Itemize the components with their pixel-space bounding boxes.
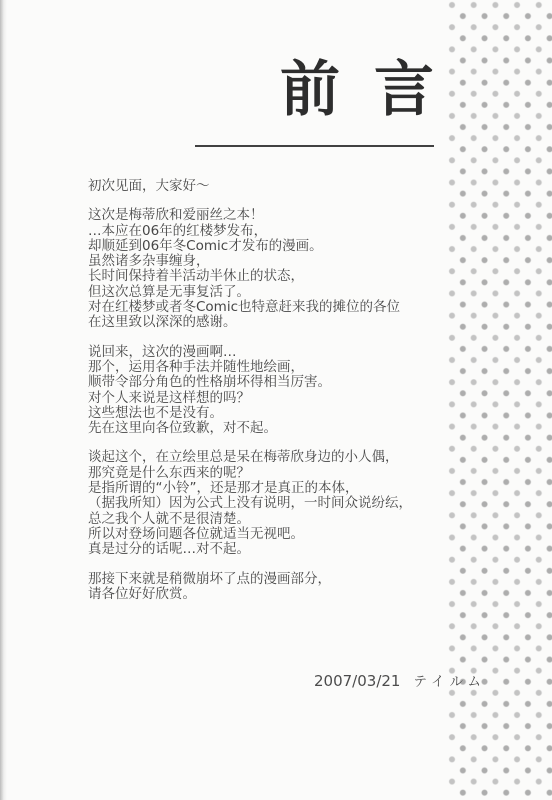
paragraph: 谈起这个，在立绘里总是呆在梅蒂欣身边的小人偶，那究竟是什么东西来的呢？是指所谓的… bbox=[88, 450, 460, 557]
paragraph: 说回来，这次的漫画啊…那个，运用各种手法并随性地绘画，顺带令部分角色的性格崩坏得… bbox=[88, 345, 460, 437]
paragraph: 这次是梅蒂欣和爱丽丝之本！…本应在06年的红楼梦发布，却顺延到06年冬Comic… bbox=[88, 208, 460, 330]
footer-credit: 2007/03/21テイルム bbox=[314, 670, 486, 690]
text-line: 这次是梅蒂欣和爱丽丝之本！ bbox=[88, 208, 460, 223]
title-underline-divider bbox=[195, 145, 434, 147]
text-line: 初次见面，大家好～ bbox=[88, 179, 460, 194]
text-line: 谈起这个，在立绘里总是呆在梅蒂欣身边的小人偶， bbox=[88, 450, 460, 465]
footer-author: テイルム bbox=[413, 674, 486, 690]
text-line: 却顺延到06年冬Comic才发布的漫画。 bbox=[88, 239, 460, 254]
preface-body: 初次见面，大家好～这次是梅蒂欣和爱丽丝之本！…本应在06年的红楼梦发布，却顺延到… bbox=[88, 179, 460, 616]
text-line: 先在这里向各位致歉，对不起。 bbox=[88, 421, 460, 436]
footer-date: 2007/03/21 bbox=[314, 672, 400, 690]
text-line: 真是过分的话呢…对不起。 bbox=[88, 542, 460, 557]
text-line: 但这次总算是无事复活了。 bbox=[88, 285, 460, 300]
text-line: （据我所知）因为公式上没有说明，一时间众说纷纭， bbox=[88, 496, 460, 511]
paragraph: 初次见面，大家好～ bbox=[88, 179, 460, 194]
text-line: 那究竟是什么东西来的呢？ bbox=[88, 466, 460, 481]
scanned-page-body: { "page": { "title": "前言", "paragraphs":… bbox=[0, 0, 552, 800]
text-line: 那个，运用各种手法并随性地绘画， bbox=[88, 360, 460, 375]
page-edge-shadow bbox=[0, 0, 7, 800]
text-line: 所以对登场问题各位就适当无视吧。 bbox=[88, 527, 460, 542]
text-line: 说回来，这次的漫画啊… bbox=[88, 345, 460, 360]
text-line: 长时间保持着半活动半休止的状态， bbox=[88, 269, 460, 284]
page-title: 前言 bbox=[280, 50, 468, 131]
text-line: 这些想法也不是没有。 bbox=[88, 406, 460, 421]
text-line: 顺带令部分角色的性格崩坏得相当厉害。 bbox=[88, 375, 460, 390]
text-line: 总之我个人就不是很清楚。 bbox=[88, 512, 460, 527]
text-line: 请各位好好欣赏。 bbox=[88, 587, 460, 602]
text-line: 那接下来就是稍微崩坏了点的漫画部分， bbox=[88, 572, 460, 587]
paragraph: 那接下来就是稍微崩坏了点的漫画部分，请各位好好欣赏。 bbox=[88, 572, 460, 603]
text-line: 在这里致以深深的感谢。 bbox=[88, 315, 460, 330]
text-line: …本应在06年的红楼梦发布， bbox=[88, 224, 460, 239]
text-line: 对个人来说是这样想的吗？ bbox=[88, 391, 460, 406]
preface-page: 前言 初次见面，大家好～这次是梅蒂欣和爱丽丝之本！…本应在06年的红楼梦发布，却… bbox=[0, 0, 552, 800]
